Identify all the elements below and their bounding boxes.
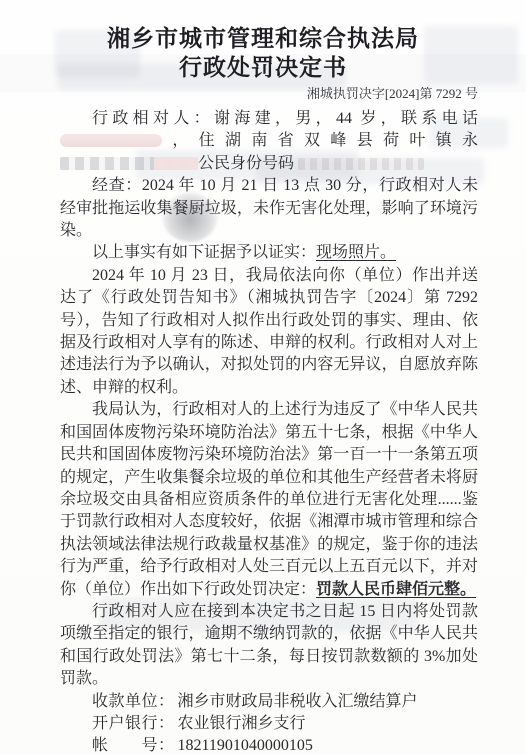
payment-deadline-paragraph: 行政相对人应在接到本决定书之日起 15 日内将处罚款项缴至指定的银行，逾期不缴纳…: [60, 601, 478, 691]
penalty-amount-text: 罚款人民币肆佰元整。: [316, 581, 476, 598]
redaction-id-number: [298, 158, 424, 170]
account-line: 帐 号：18211901040000105: [60, 735, 478, 754]
document-title-agency: 湘乡市城市管理和综合执法局: [0, 24, 526, 53]
party-address-text: ，住湖南省双峰县荷叶镇永: [162, 132, 478, 149]
payee-label: 收款单位：: [92, 693, 175, 710]
document-header: 湘乡市城市管理和综合执法局 行政处罚决定书 湘城执罚决字[2024]第 7292…: [0, 0, 526, 103]
account-number-value: 18211901040000105: [175, 737, 313, 754]
payee-line: 收款单位：湘乡市财政局非税收入汇缴结算户: [60, 691, 478, 713]
document-number: 湘城执罚决字[2024]第 7292 号: [0, 85, 478, 103]
evidence-paragraph: 以上事实有如下证据予以证实：现场照片。: [60, 242, 478, 264]
evidence-item-text: 现场照片。: [316, 244, 396, 261]
redaction-phone-number: [60, 134, 162, 147]
bank-line: 开户银行：农业银行湘乡支行: [60, 713, 478, 735]
bank-label: 开户银行：: [92, 715, 175, 732]
account-label: 帐 号：: [92, 737, 175, 754]
decision-paragraph: 我局认为，行政相对人的上述行为违反了《中华人民共和国固体废物污染环境防治法》第五…: [60, 399, 478, 601]
party-info-text: 行政相对人：谢海建，男，44 岁，联系电话: [92, 110, 478, 127]
party-id-label: 公民身份号码: [198, 155, 294, 172]
evidence-prefix-text: 以上事实有如下证据予以证实：: [92, 244, 316, 261]
decision-prefix-text: 我局认为，行政相对人的上述行为违反了《中华人民共和国固体废物污染环境防治法》第五…: [60, 401, 478, 597]
document-body: 行政相对人：谢海建，男，44 岁，联系电话，住湖南省双峰县荷叶镇永公民身份号码 …: [60, 108, 478, 754]
party-info-paragraph: 行政相对人：谢海建，男，44 岁，联系电话，住湖南省双峰县荷叶镇永公民身份号码: [60, 108, 478, 175]
payee-value: 湘乡市财政局非税收入汇缴结算户: [175, 693, 418, 710]
document-title-type: 行政处罚决定书: [0, 53, 526, 82]
redaction-address: [60, 157, 198, 170]
notification-paragraph: 2024 年 10 月 23 日，我局依法向你（单位）作出并送达了《行政处罚告知…: [60, 265, 478, 399]
penalty-decision-document: 湘乡市城市管理和综合执法局 行政处罚决定书 湘城执罚决字[2024]第 7292…: [0, 0, 526, 754]
bank-value: 农业银行湘乡支行: [175, 715, 306, 732]
investigation-paragraph: 经查：2024 年 10 月 21 日 13 点 30 分，行政相对人未经审批拖…: [60, 175, 478, 242]
